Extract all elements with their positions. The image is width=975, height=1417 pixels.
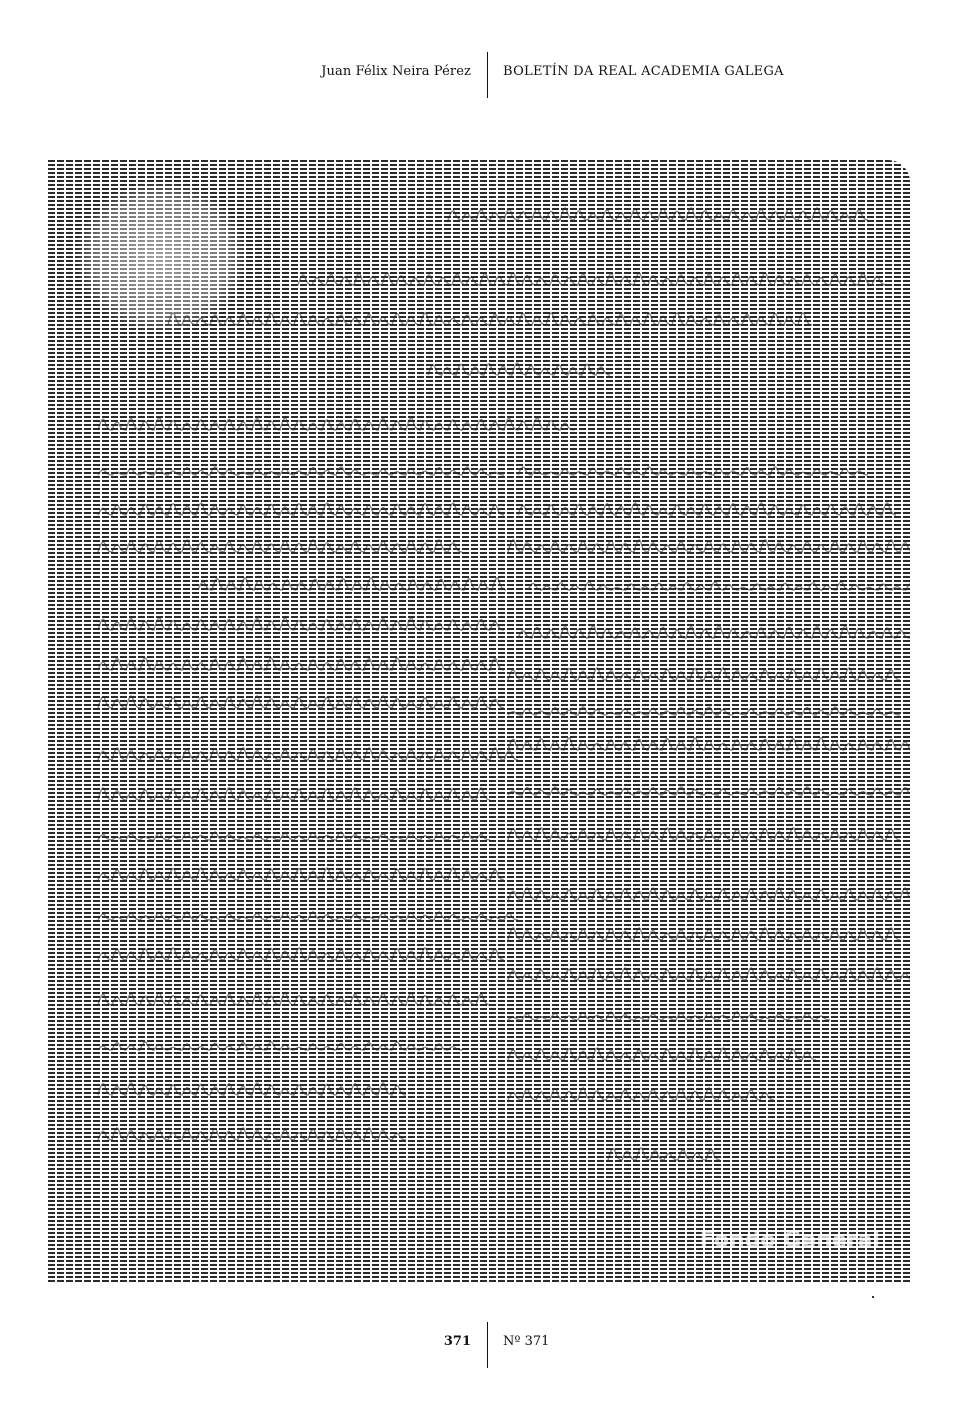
handwriting-line — [508, 540, 910, 552]
handwriting-line — [508, 828, 900, 840]
scan-speck — [872, 1296, 874, 1298]
header-divider — [487, 52, 488, 98]
handwriting-line — [518, 626, 910, 638]
running-footer: 371 Nº 371 — [0, 1322, 975, 1368]
handwriting-line — [508, 1088, 774, 1100]
handwriting-line — [508, 707, 900, 715]
handwriting-line — [428, 363, 610, 375]
handwriting-line — [508, 1048, 816, 1060]
handwriting-strokes — [48, 160, 910, 1282]
handwriting-line — [98, 1083, 406, 1095]
handwriting-line — [508, 1012, 830, 1020]
handwriting-line — [518, 467, 868, 475]
handwriting-line — [98, 696, 504, 708]
handwriting-line — [98, 868, 504, 880]
archive-watermark: Fondo General — [700, 1228, 880, 1254]
handwriting-line — [608, 1148, 720, 1160]
handwriting-line — [98, 618, 504, 630]
handwriting-line — [98, 467, 504, 475]
handwriting-line — [508, 738, 910, 750]
header-author: Juan Félix Neira Pérez — [321, 64, 471, 79]
handwriting-line — [508, 928, 900, 940]
handwriting-line — [448, 208, 868, 220]
footer-divider — [487, 1322, 488, 1368]
handwriting-line — [508, 787, 910, 795]
handwriting-line — [508, 668, 900, 680]
archive-watermark-line1: Fondo General — [700, 1228, 880, 1254]
handwriting-line — [98, 418, 574, 430]
issue-number: Nº 371 — [503, 1334, 549, 1349]
handwriting-line — [508, 888, 910, 900]
handwriting-line — [528, 582, 910, 590]
handwriting-line — [98, 503, 504, 515]
handwriting-line — [98, 912, 518, 920]
handwriting-line — [98, 1042, 462, 1050]
handwriting-line — [298, 273, 886, 285]
manuscript-scan-image: Fondo General — [48, 160, 910, 1282]
handwriting-line — [98, 1128, 406, 1140]
handwriting-line — [518, 503, 896, 515]
page-number: 371 — [444, 1334, 471, 1349]
header-journal-title: BOLETÍN DA REAL ACADEMIA GALEGA — [503, 64, 784, 79]
handwriting-line — [98, 658, 504, 670]
running-header: Juan Félix Neira Pérez BOLETÍN DA REAL A… — [0, 52, 975, 98]
handwriting-line — [98, 788, 490, 800]
handwriting-line — [168, 313, 812, 325]
handwriting-line — [98, 540, 462, 552]
handwriting-line — [98, 993, 490, 1005]
handwriting-line — [98, 832, 490, 840]
handwriting-line — [198, 578, 506, 590]
handwriting-line — [98, 748, 518, 760]
handwriting-line — [508, 968, 910, 980]
handwriting-line — [98, 948, 504, 960]
